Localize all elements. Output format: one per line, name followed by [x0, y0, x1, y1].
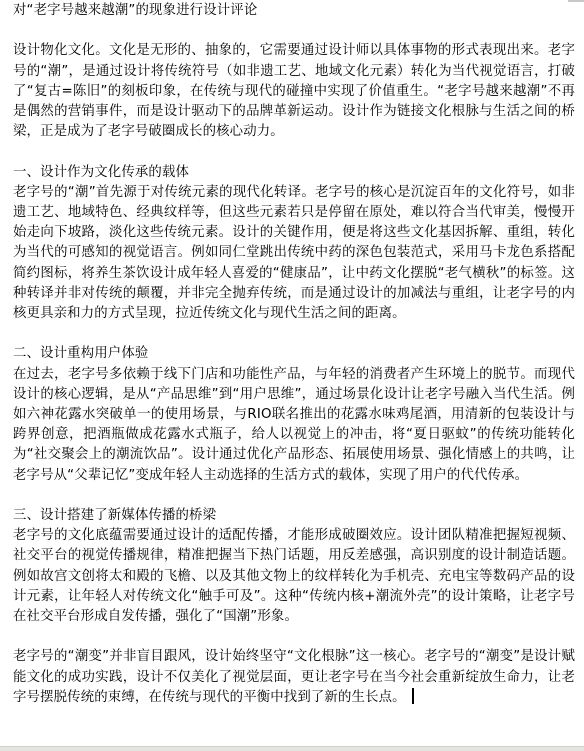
- section-body: 老字号的“潮”首先源于对传统元素的现代化转译。老字号的核心是沉淀百年的文化符号，…: [13, 183, 575, 324]
- text-caret: [412, 688, 414, 704]
- section-body: 在过去，老字号多依赖于线下门店和功能性产品，与年轻的消费者产生环境上的脱节。而现…: [13, 365, 575, 486]
- blank-line: [13, 142, 575, 162]
- conclusion-text: 老字号的“潮变”并非盲目跟风，设计始终坚守“文化根脉”这一核心。老字号的“潮变”…: [13, 649, 575, 704]
- blank-line: [13, 486, 575, 506]
- intro-paragraph: 设计物化文化。文化是无形的、抽象的，它需要通过设计师以具体事物的形式表现出来。老…: [13, 41, 575, 142]
- document-content[interactable]: 对“老字号越来越潮”的现象进行设计评论 设计物化文化。文化是无形的、抽象的，它需…: [13, 1, 575, 708]
- blank-line: [13, 324, 575, 344]
- blank-line: [13, 627, 575, 647]
- section-body: 老字号的文化底蕴需要通过设计的适配传播，才能形成破圈效应。设计团队精准把握短视频…: [13, 526, 575, 627]
- conclusion-paragraph: 老字号的“潮变”并非盲目跟风，设计始终坚守“文化根脉”这一核心。老字号的“潮变”…: [13, 647, 575, 708]
- section-heading: 一、设计作为文化传承的载体: [13, 163, 575, 183]
- blank-line: [13, 21, 575, 41]
- section-heading: 三、设计搭建了新媒体传播的桥梁: [13, 506, 575, 526]
- section-heading: 二、设计重构用户体验: [13, 344, 575, 364]
- bottom-status-strip: [0, 746, 584, 751]
- text-editor-area[interactable]: 对“老字号越来越潮”的现象进行设计评论 设计物化文化。文化是无形的、抽象的，它需…: [0, 0, 584, 747]
- document-title: 对“老字号越来越潮”的现象进行设计评论: [13, 1, 575, 21]
